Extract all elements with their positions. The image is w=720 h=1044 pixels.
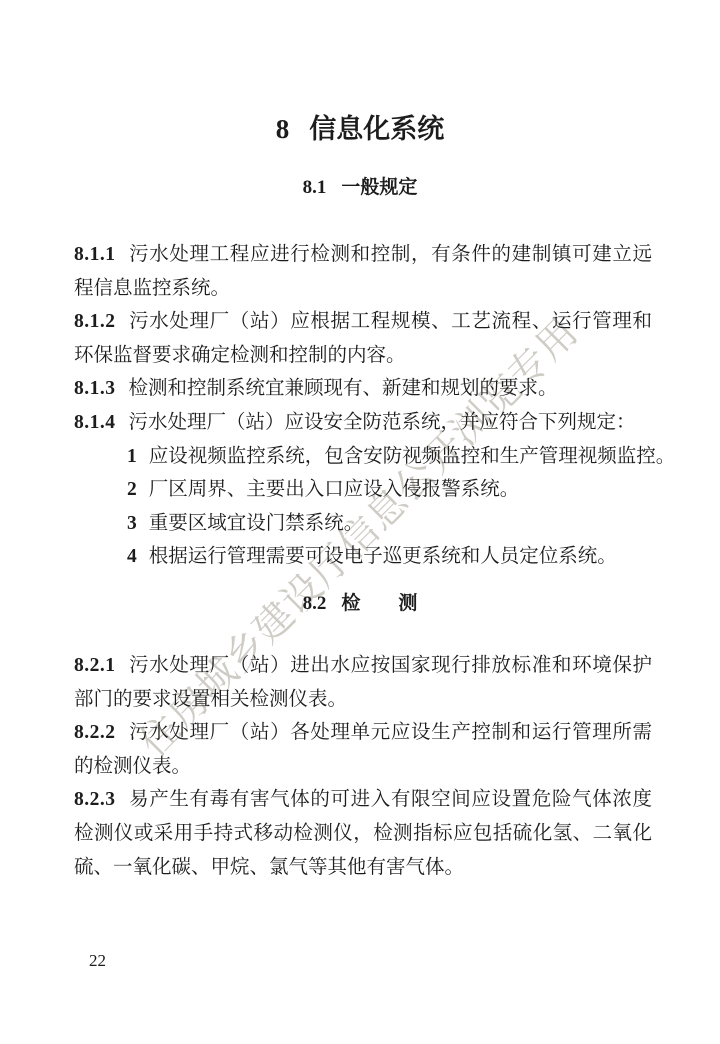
list-item-4: 4根据运行管理需要可设电子巡更系统和人员定位系统。 (74, 540, 652, 574)
item-text: 重要区域宜设门禁系统。 (149, 513, 364, 534)
clause-number: 8.2.3 (74, 789, 116, 810)
clause-text: 污水处理厂（站）应根据工程规模、工艺流程、运行管理和环保监督要求确定检测和控制的… (74, 311, 652, 366)
section-title-text: 检 测 (341, 593, 417, 614)
section-heading-8-2: 8.2检 测 (0, 592, 720, 617)
section-title-text: 一般规定 (341, 177, 417, 198)
section-heading-8-1: 8.1一般规定 (0, 176, 720, 201)
page-content: 8信息化系统 8.1一般规定 8.1.1污水处理工程应进行检测和控制，有条件的建… (0, 0, 720, 1044)
section-body-8-1: 8.1.1污水处理工程应进行检测和控制，有条件的建制镇可建立远程信息监控系统。 … (74, 238, 652, 574)
clause-number: 8.1.3 (74, 378, 116, 399)
item-text: 根据运行管理需要可设电子巡更系统和人员定位系统。 (149, 546, 617, 567)
clause-number: 8.1.2 (74, 311, 116, 332)
clause-number: 8.2.1 (74, 655, 116, 676)
clause-8-1-2: 8.1.2污水处理厂（站）应根据工程规模、工艺流程、运行管理和环保监督要求确定检… (74, 305, 652, 372)
chapter-title-text: 信息化系统 (309, 114, 444, 144)
clause-number: 8.1.1 (74, 244, 116, 265)
document-page: 住房城乡建设厅信息公开浏览专用 8信息化系统 8.1一般规定 8.1.1污水处理… (0, 0, 720, 1044)
section-number: 8.2 (303, 593, 327, 614)
clause-text: 污水处理厂（站）进出水应按国家现行排放标准和环境保护部门的要求设置相关检测仪表。 (74, 655, 652, 710)
clause-8-1-3: 8.1.3检测和控制系统宜兼顾现有、新建和规划的要求。 (74, 372, 652, 406)
section-number: 8.1 (303, 177, 327, 198)
chapter-number: 8 (276, 114, 290, 144)
item-number: 3 (127, 513, 137, 534)
clause-8-2-2: 8.2.2污水处理厂（站）各处理单元应设生产控制和运行管理所需的检测仪表。 (74, 716, 652, 783)
item-number: 2 (127, 479, 137, 500)
clause-number: 8.2.2 (74, 722, 116, 743)
list-item-1: 1应设视频监控系统，包含安防视频监控和生产管理视频监控。 (74, 440, 652, 474)
clause-8-1-1: 8.1.1污水处理工程应进行检测和控制，有条件的建制镇可建立远程信息监控系统。 (74, 238, 652, 305)
section-body-8-2: 8.2.1污水处理厂（站）进出水应按国家现行排放标准和环境保护部门的要求设置相关… (74, 649, 652, 884)
clause-text: 污水处理厂（站）应设安全防范系统，并应符合下列规定： (129, 412, 636, 433)
clause-text: 易产生有毒有害气体的可进入有限空间应设置危险气体浓度检测仪或采用手持式移动检测仪… (74, 789, 652, 877)
clause-8-2-1: 8.2.1污水处理厂（站）进出水应按国家现行排放标准和环境保护部门的要求设置相关… (74, 649, 652, 716)
clause-number: 8.1.4 (74, 412, 116, 433)
clause-text: 检测和控制系统宜兼顾现有、新建和规划的要求。 (129, 378, 558, 399)
page-number: 22 (89, 951, 106, 971)
item-number: 4 (127, 546, 137, 567)
clause-text: 污水处理工程应进行检测和控制，有条件的建制镇可建立远程信息监控系统。 (74, 244, 652, 299)
item-text: 厂区周界、主要出入口应设入侵报警系统。 (149, 479, 520, 500)
list-item-2: 2厂区周界、主要出入口应设入侵报警系统。 (74, 473, 652, 507)
clause-text: 污水处理厂（站）各处理单元应设生产控制和运行管理所需的检测仪表。 (74, 722, 652, 777)
clause-8-1-4: 8.1.4污水处理厂（站）应设安全防范系统，并应符合下列规定： (74, 406, 652, 440)
clause-8-2-3: 8.2.3易产生有毒有害气体的可进入有限空间应设置危险气体浓度检测仪或采用手持式… (74, 783, 652, 884)
item-text: 应设视频监控系统，包含安防视频监控和生产管理视频监控。 (149, 446, 676, 467)
chapter-title: 8信息化系统 (0, 112, 720, 147)
item-number: 1 (127, 446, 137, 467)
list-item-3: 3重要区域宜设门禁系统。 (74, 507, 652, 541)
